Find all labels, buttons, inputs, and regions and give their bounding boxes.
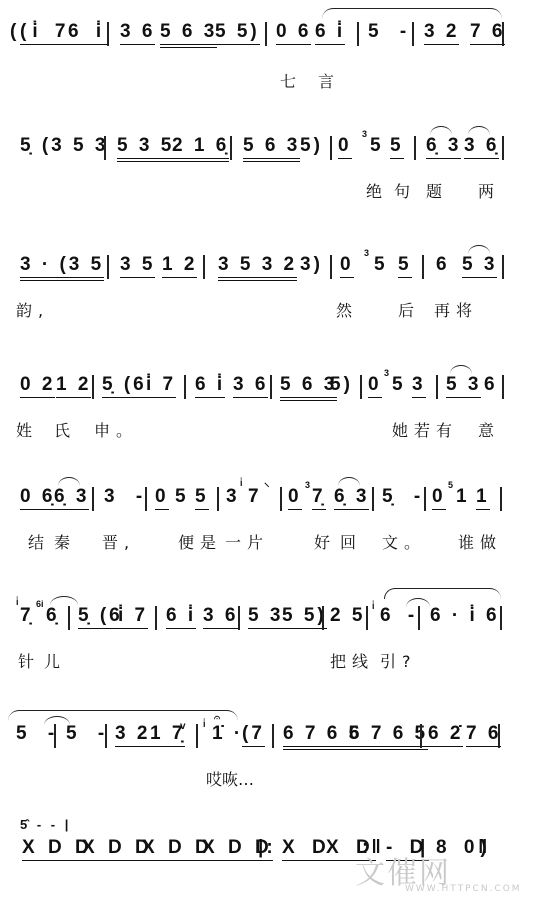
barline: [366, 606, 368, 630]
barline: [330, 136, 332, 160]
repeat-start: |:: [258, 836, 276, 860]
note-group: 7 6: [470, 20, 505, 45]
note-group: 5 3: [248, 604, 283, 629]
note: 0: [155, 485, 169, 510]
note: 6: [436, 253, 450, 277]
note-group: 5 6 3: [160, 20, 217, 48]
grace-note: 3: [384, 369, 389, 378]
lyric: 绝: [366, 182, 388, 202]
lyric: 氏: [54, 421, 76, 441]
lyric: 回: [340, 533, 362, 553]
lyric: 哎咴…: [206, 770, 254, 790]
note-group: 3 6̣: [464, 134, 499, 159]
grace-note: i̇: [203, 720, 206, 729]
barline: [500, 606, 502, 630]
barline: [420, 724, 422, 748]
lyric: 然: [336, 301, 358, 321]
note-group: 3 -: [104, 485, 150, 509]
note-group: 5): [300, 134, 323, 158]
note-group: 6 · i̇ 6: [430, 604, 500, 628]
barline: [104, 136, 106, 160]
note-group: 3 · (3 5: [20, 253, 104, 281]
grace-note: 5: [448, 481, 453, 490]
note-group: 1̇ ·: [212, 722, 243, 746]
barline: [436, 375, 438, 399]
note-group: 5 5): [282, 604, 327, 629]
lyric: 秦: [54, 533, 76, 553]
note-group: 3 6: [233, 373, 268, 398]
barline: [145, 487, 147, 511]
note: 0: [432, 485, 446, 510]
note-group: 7 6: [466, 722, 501, 747]
barline: [270, 375, 272, 399]
note: 1: [476, 485, 490, 510]
notation-row: X D D X D D X D D X D D |: X D X D :‖ - …: [0, 836, 542, 876]
note: 6̣: [46, 604, 60, 628]
barline: [196, 724, 198, 748]
note-group: 3 5: [120, 253, 155, 278]
notation-row: i̇ 7̣ 6i 6̣ 5̣ (6 i̇ 7 6 i̇ 3 6 5 3 5 5)…: [0, 604, 542, 644]
note-group: (i̇ 7: [20, 20, 71, 45]
breath-mark: v: [180, 722, 186, 731]
lyric: 把线: [330, 652, 374, 672]
slur: [322, 8, 502, 19]
note: 0: [340, 253, 354, 278]
lyric: 好: [314, 533, 336, 553]
grace-note: i̇: [372, 602, 375, 611]
slur: [58, 477, 80, 486]
percussion-group: X D: [282, 836, 332, 861]
barline: [155, 606, 157, 630]
lyric: 意: [478, 421, 500, 441]
grace-note: 3: [362, 130, 367, 139]
note-group: 6 i̇: [166, 604, 196, 629]
lyric: 韵,: [16, 301, 49, 321]
barline: [92, 375, 94, 399]
lyric: 七: [280, 72, 302, 92]
note-group: 5): [330, 373, 353, 397]
note: 5: [195, 485, 209, 510]
note-group: 6̣ 3: [426, 134, 461, 159]
lyric: 谁做: [458, 533, 502, 553]
lyric: 申。: [94, 421, 138, 441]
slur: [384, 588, 501, 599]
lyric: 引?: [380, 652, 417, 672]
held-note-marking: 5̂ - - |: [20, 818, 71, 832]
note-group: 6 -: [380, 604, 420, 628]
note: (7: [242, 722, 265, 747]
barline: [424, 487, 426, 511]
note-group: 6̣ 3: [54, 485, 89, 510]
note-group: 5̣ (3 5 3: [20, 134, 108, 158]
barline: [107, 22, 109, 46]
watermark: 文催网 WWW.HTTPCN.COM: [355, 848, 451, 892]
note-group: 5 6 3: [243, 134, 300, 162]
note-group: 5 3: [446, 373, 481, 398]
barline: [412, 22, 414, 46]
barline: [372, 487, 374, 511]
note-group: 5̣ -: [382, 485, 428, 509]
barline: [322, 606, 324, 630]
lyric: 针: [18, 652, 40, 672]
lyric: 姓: [16, 421, 38, 441]
barline: [238, 606, 240, 630]
note: 5: [175, 485, 189, 509]
barline: [217, 487, 219, 511]
slur: [50, 596, 78, 605]
lyric: 言: [318, 72, 340, 92]
lyric: 一片: [225, 533, 269, 553]
barline: [418, 606, 420, 630]
lyric: 再将: [434, 301, 478, 321]
barline: [272, 724, 274, 748]
notation-row: 0 6̣ 6̣ 3 3 - 0 5 5 3 i̇ 7 ⸜ 0 3 7̣ 6̣ 3…: [0, 485, 542, 525]
barline: [502, 22, 504, 46]
note-group: 0 6̣: [20, 485, 55, 510]
lyric: 儿: [44, 652, 66, 672]
note: 6: [484, 373, 498, 397]
note-group: 5 -: [368, 20, 414, 44]
lyric: 晋,: [102, 533, 135, 553]
note-group: 5 6 3: [280, 373, 337, 401]
notation-row: 5̣ (3 5 3 5 3 5 2 1 6̣ 5 6 3 5) 0 3 5 5 …: [0, 134, 542, 174]
note-group: 6̣ 3: [334, 485, 369, 510]
note: 5: [374, 253, 388, 277]
barline: [107, 255, 109, 279]
lyric: 她若有: [392, 421, 458, 441]
note-group: 3 6: [203, 604, 238, 629]
watermark-url: WWW.HTTPCN.COM: [405, 884, 522, 894]
note: 5: [370, 134, 384, 158]
note: 3: [226, 485, 240, 509]
paren-open: (: [10, 20, 19, 44]
barline: [422, 255, 424, 279]
note-group: 3 2: [424, 20, 459, 45]
note-group: 3 5 3 2: [218, 253, 297, 281]
trill-mark: ⸜: [264, 479, 270, 488]
note-group: 5 3 5: [117, 134, 174, 162]
lyric: 题: [426, 182, 448, 202]
slur: [406, 598, 430, 607]
slur: [468, 126, 490, 135]
note-group: 3 2: [115, 722, 150, 747]
note-group: 2 5: [330, 604, 365, 628]
barline: [502, 255, 504, 279]
lyric: 后: [398, 301, 420, 321]
slur: [468, 245, 490, 254]
note: 7̣: [312, 485, 326, 510]
note-group: 0 6: [276, 20, 311, 45]
barline: [184, 375, 186, 399]
note-group: 5 5): [215, 20, 260, 45]
note: 1: [456, 485, 470, 509]
barline: [230, 136, 232, 160]
note-group: 6 7 6 5: [349, 722, 428, 750]
grace-note: i̇: [240, 479, 243, 488]
lyric: 句: [394, 182, 416, 202]
note-group: 6 i̇: [68, 20, 107, 45]
grace-note: 6i: [36, 600, 44, 609]
notation-row: 0 2 1 2 5̣ (6 i̇ 7 6 i̇ 3 6 5 6 3 5) 0 3…: [0, 373, 542, 413]
note: 0: [288, 485, 302, 510]
note-group: 6 i̇: [315, 20, 345, 45]
barline: [330, 255, 332, 279]
barline: [203, 255, 205, 279]
barline: [92, 487, 94, 511]
barline: [498, 724, 500, 748]
note-group: 6 2̇: [428, 722, 463, 747]
lyric: 便是: [178, 533, 222, 553]
note: 5: [392, 373, 406, 397]
note-group: 5̣ (6: [78, 604, 123, 629]
notation-row: 3 · (3 5 3 5 1 2 3 5 3 2 3) 0 3 5 5 6 5 …: [0, 253, 542, 293]
note: 5: [398, 253, 412, 278]
barline: [502, 136, 504, 160]
note-group: 5 3: [462, 253, 497, 278]
lyric: 两: [478, 182, 500, 202]
fermata-icon: 𝄐: [214, 714, 220, 723]
note-group: 5̣ (6: [102, 373, 147, 398]
note-group: 1 2: [56, 373, 91, 398]
barline: [54, 724, 56, 748]
note-group: 6 i̇: [195, 373, 225, 398]
note: 3: [412, 373, 426, 398]
barline: [280, 487, 282, 511]
slur: [430, 126, 452, 135]
note: 0: [368, 373, 382, 398]
note: 7̣: [20, 604, 34, 628]
note-group: 3): [300, 253, 323, 277]
barline: [265, 22, 267, 46]
slur: [450, 365, 472, 374]
grace-note: i̇: [16, 598, 19, 607]
note: 5: [390, 134, 404, 159]
note-group: 2 1 6̣: [172, 134, 229, 162]
grace-note: 3: [364, 249, 369, 258]
note-group: i̇ 7: [146, 373, 176, 398]
lyric: 结: [28, 533, 50, 553]
slur: [338, 477, 360, 486]
note-group: 3 6: [120, 20, 155, 45]
barline: [500, 487, 502, 511]
note-group: 1 2: [162, 253, 197, 278]
note-group: i̇ 7: [118, 604, 148, 629]
final-barline: ‖: [478, 836, 490, 860]
barline: [357, 22, 359, 46]
barline: [414, 136, 416, 160]
barline: [360, 375, 362, 399]
barline: [105, 724, 107, 748]
notation-row: 5 - 5 - 3 2 1 7̣ v i̇ 1̇ · 𝄐 (7 6 7 6 5 …: [0, 722, 542, 762]
notation-row: ( (i̇ 7 6 i̇ 3 6 5 6 3 5 5) 0 6 6 i̇ 5 -…: [0, 20, 542, 60]
note-group: 0 2: [20, 373, 55, 398]
note: 0: [338, 134, 352, 159]
grace-note: 3: [305, 481, 310, 490]
barline: [502, 375, 504, 399]
lyric: 文。: [382, 533, 426, 553]
barline: [68, 606, 70, 630]
note: 7: [248, 485, 262, 509]
